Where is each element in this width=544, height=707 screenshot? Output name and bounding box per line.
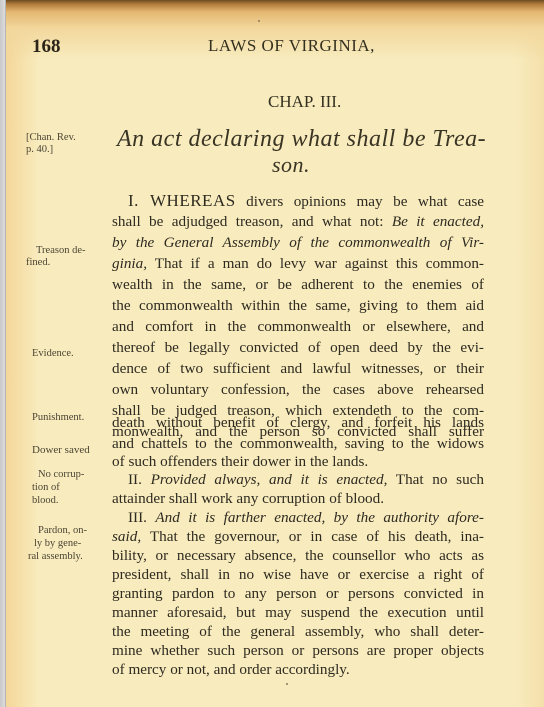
running-head: LAWS OF VIRGINIA, [208, 36, 375, 56]
margin-no-corruption-1: No corrup- [38, 468, 84, 481]
body-line-24: the meeting of the general assembly, who… [112, 622, 484, 642]
margin-treason-defined-2: fined. [26, 256, 50, 269]
body-line-3: by the General Assembly of the commonwea… [112, 233, 484, 253]
body-line-2: shall be adjudged treason, and what not:… [112, 212, 484, 232]
body-line-16: II. Provided always, and it is enacted, … [128, 470, 484, 490]
body-line-6: the commonwealth within the same, giving… [112, 296, 484, 316]
body-line-1: I. WHEREAS divers opinions may be what c… [128, 191, 484, 212]
paper-speck [258, 20, 260, 22]
body-line-7: and comfort in the commonwealth or elsew… [112, 317, 484, 337]
margin-no-corruption-2: tion of [32, 481, 60, 494]
body-line-4: ginia, That if a man do levy war against… [112, 254, 484, 274]
body-line-15: of such offenders their dower in the lan… [112, 452, 484, 472]
section-2-lead: II. [128, 471, 151, 488]
margin-dower-saved: Dower saved [32, 444, 90, 457]
margin-pardon-3: ral assembly. [28, 550, 83, 563]
margin-no-corruption-3: blood. [32, 494, 59, 507]
enacting-clause: Be it enacted, [392, 213, 484, 230]
margin-pardon-2: ly by gene- [34, 537, 81, 550]
body-line-17: attainder shall work any corruption of b… [112, 489, 484, 509]
margin-punishment: Punishment. [32, 411, 84, 424]
section-3-lead: III. [128, 509, 155, 526]
act-title-line-1: An act declaring what shall be Trea- [117, 126, 486, 153]
body-line-14: and chattels to the commonwealth, saving… [112, 434, 484, 454]
body-line-13: death without benefit of clergy, and for… [112, 413, 484, 433]
chapter-heading: CHAP. III. [268, 92, 341, 112]
section-1-lead: I. WHEREAS [128, 191, 236, 210]
margin-pardon-1: Pardon, on- [38, 524, 87, 537]
viewer-left-border [0, 0, 6, 707]
body-line-5: wealth in the same, or be adherent to th… [112, 275, 484, 295]
paper-speck [286, 683, 288, 685]
body-line-20: bility, or necessary absence, the counse… [112, 546, 484, 566]
body-line-9: dence of two sufficient and lawful witne… [112, 359, 484, 379]
body-line-19: said, That the governour, or in case of … [112, 527, 484, 547]
margin-citation-line-2: p. 40.] [26, 143, 53, 156]
act-title-line-2: son. [272, 152, 310, 178]
body-line-18: III. And it is farther enacted, by the a… [128, 508, 484, 528]
body-line-26: of mercy or not, and order accordingly. [112, 660, 484, 680]
body-line-21: president, shall in no wise have or exer… [112, 565, 484, 585]
body-line-10: own voluntary confession, the cases abov… [112, 380, 484, 400]
page-number: 168 [32, 36, 61, 58]
body-line-22: granting pardon to any person or persons… [112, 584, 484, 604]
scanned-page: 168 LAWS OF VIRGINIA, CHAP. III. An act … [0, 0, 544, 707]
body-line-8: thereof be legally convicted of open dee… [112, 338, 484, 358]
margin-evidence: Evidence. [32, 347, 74, 360]
body-line-25: mine whether such person or persons are … [112, 641, 484, 661]
body-line-23: manner aforesaid, but may suspend the ex… [112, 603, 484, 623]
